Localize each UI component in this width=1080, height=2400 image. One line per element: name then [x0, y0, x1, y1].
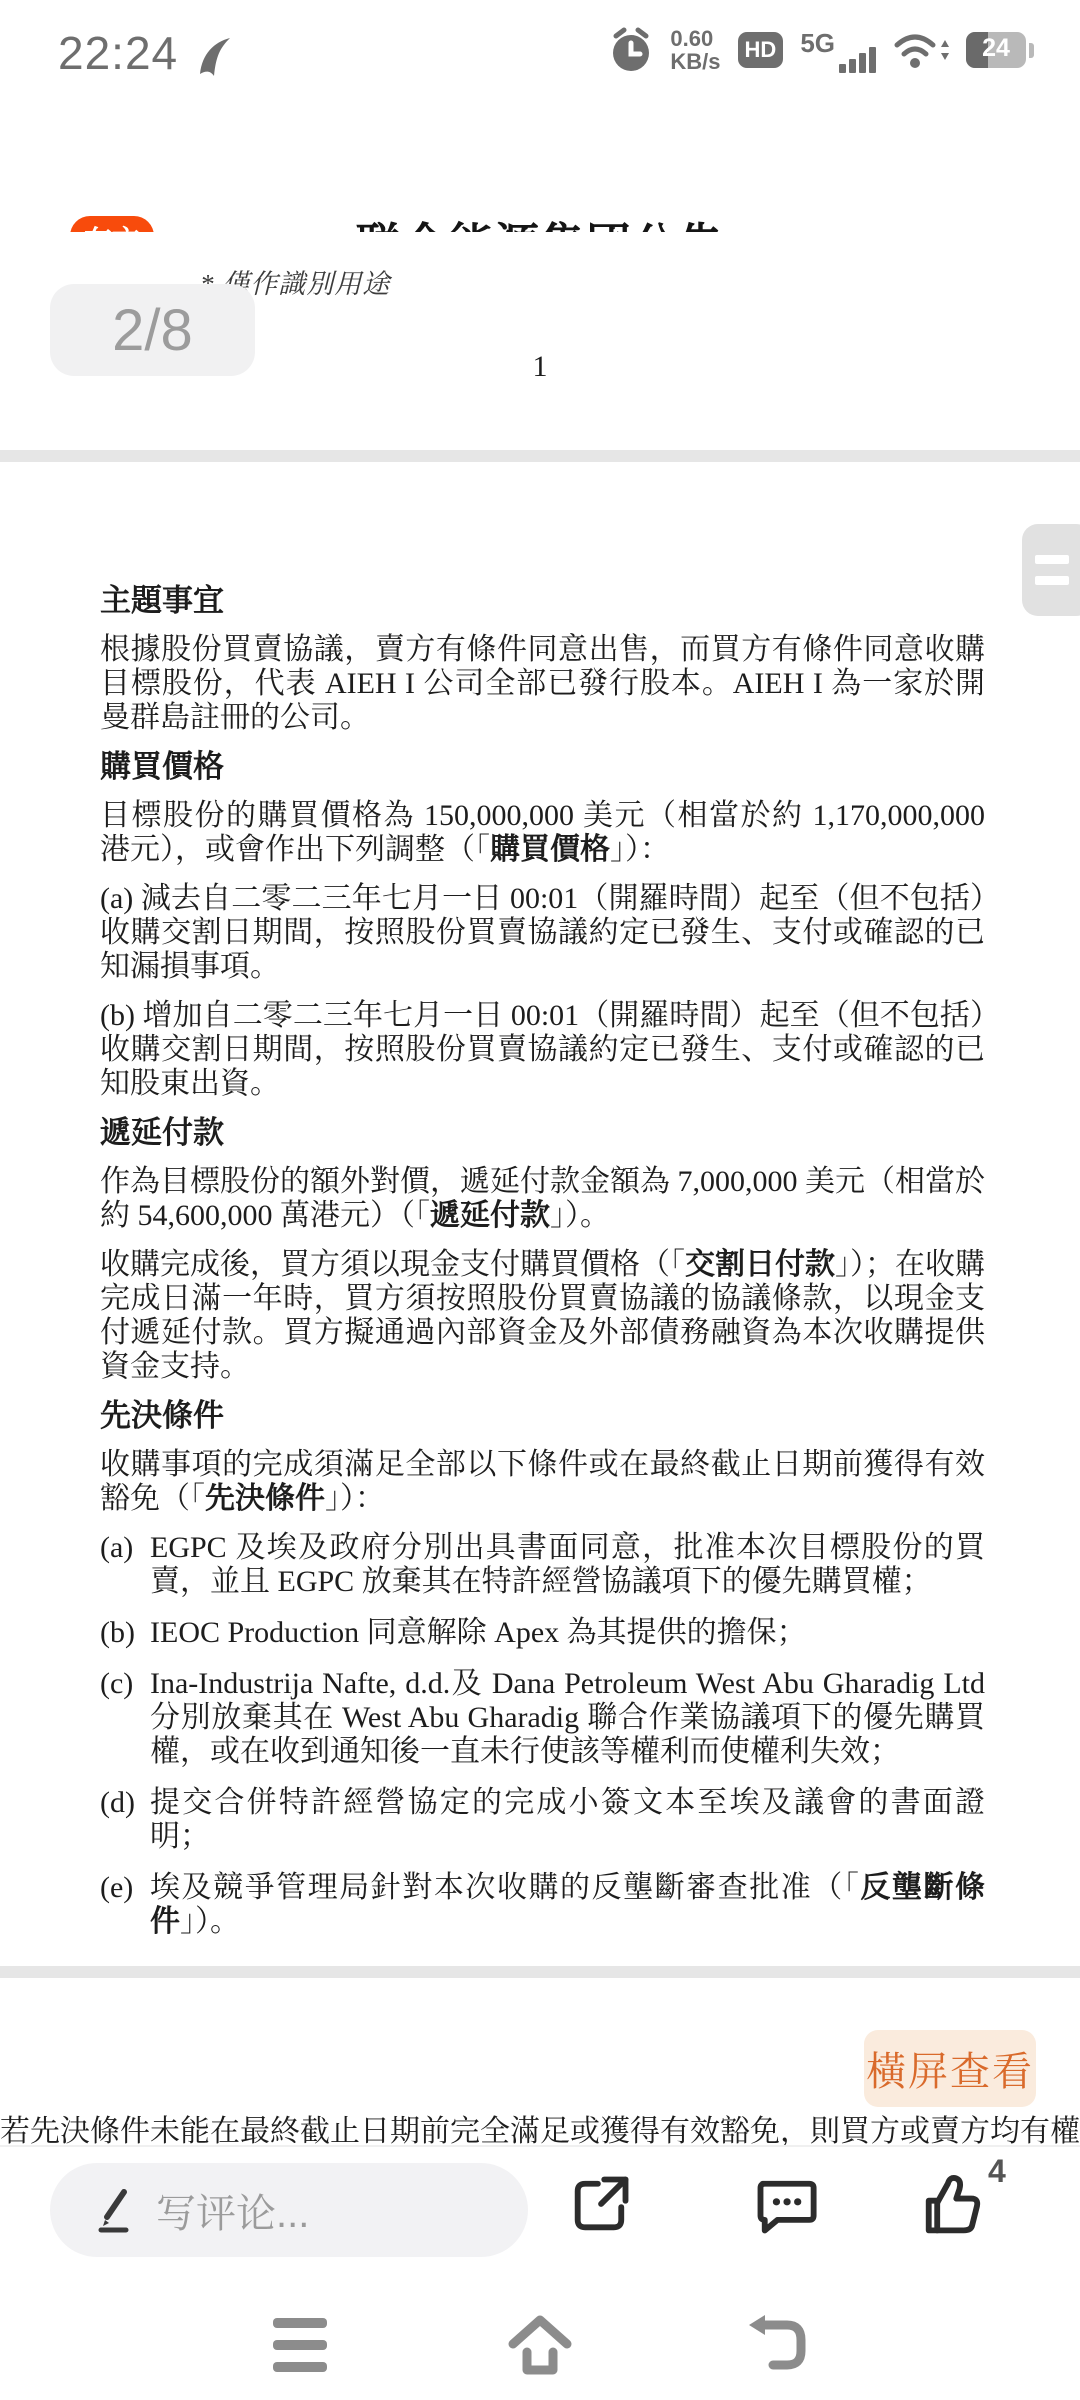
doc-block-para: 目標股份的購買價格為 150,000,000 美元（相當於約 1,170,000… [100, 799, 985, 867]
battery-icon: 24 [966, 32, 1026, 68]
android-nav-bar [0, 2290, 1080, 2400]
pdf-viewer[interactable]: * 僅作識別用途 2/8 1 主題事宜根據股份買賣協議，賣方有條件同意出售，而買… [0, 232, 1080, 2145]
doc-block-para: 作為目標股份的額外對價，遞延付款金額為 7,000,000 美元（相當於約 54… [100, 1165, 985, 1233]
doc-block-para: (a) 減去自二零二三年七月一日 00:01（開羅時間）起至（但不包括）收購交割… [100, 882, 985, 984]
doc-block-heading: 先決條件 [100, 1399, 985, 1433]
pdf-page-2: 主題事宜根據股份買賣協議，賣方有條件同意出售，而買方有條件同意收購目標股份，代表… [0, 462, 1080, 1966]
page-separator [0, 1966, 1080, 1978]
doc-block-heading: 遞延付款 [100, 1116, 985, 1150]
app-header: 东方 财富 联合能源集团公告 0.360 -1.37% [0, 100, 1080, 234]
clock-time: 22:24 [58, 26, 178, 80]
doc-block-li: (c)Ina-Industrija Nafte, d.d.及 Dana Petr… [100, 1667, 985, 1769]
comment-input[interactable]: 写评论... [50, 2163, 528, 2257]
menu-icon[interactable] [260, 2308, 340, 2382]
home-icon[interactable] [500, 2308, 580, 2382]
doc-block-li: (e)埃及競爭管理局針對本次收購的反壟斷審查批准（「反壟斷條件」）。 [100, 1871, 985, 1939]
bottom-action-bar: 写评论... 4 [0, 2145, 1080, 2292]
status-icons: 0.60 KB/s HD 5G 24 [609, 0, 1034, 100]
doc-block-li: (d)提交合併特許經營協定的完成小簽文本至埃及議會的書面證明； [100, 1786, 985, 1854]
doc-block-para: 收購完成後，買方須以現金支付購買價格（「交割日付款」）；在收購完成日滿一年時，買… [100, 1248, 985, 1384]
notification-swoosh-icon [196, 36, 236, 80]
comment-bubble-icon[interactable] [752, 2171, 820, 2239]
doc-block-para: (b) 增加自二零二三年七月一日 00:01（開羅時間）起至（但不包括）收購交割… [100, 999, 985, 1101]
doc-block-para: 收購事項的完成須滿足全部以下條件或在最終截止日期前獲得有效豁免（「先決條件」）： [100, 1448, 985, 1516]
doc-block-para: 根據股份買賣協議，賣方有條件同意出售，而買方有條件同意收購目標股份，代表 AIE… [100, 633, 985, 735]
comment-placeholder: 写评论... [156, 2182, 309, 2239]
thumbs-up-icon[interactable] [916, 2171, 986, 2241]
pdf-page-3: 橫屏查看 若先決條件未能在最終截止日期前完全滿足或獲得有效豁免，則買方或賣方均有… [0, 1978, 1080, 2145]
wifi-icon [893, 29, 949, 71]
network-speed: 0.60 KB/s [670, 27, 720, 73]
page3-partial-text: 若先決條件未能在最終截止日期前完全滿足或獲得有效豁免，則買方或賣方均有權終 [0, 2106, 1080, 2145]
screen: 22:24 0.60 KB/s HD 5G 24 [0, 0, 1080, 2400]
pencil-icon [92, 2187, 138, 2233]
doc-block-li: (b)IEOC Production 同意解除 Apex 為其提供的擔保； [100, 1616, 985, 1650]
doc-block-heading: 主題事宜 [100, 584, 985, 618]
page-separator [0, 450, 1080, 462]
hd-badge: HD [738, 32, 784, 68]
battery-nub [1029, 43, 1034, 58]
scroll-indicator[interactable] [1022, 524, 1080, 616]
status-bar: 22:24 0.60 KB/s HD 5G 24 [0, 0, 1080, 100]
back-icon[interactable] [738, 2308, 818, 2382]
like-count: 4 [988, 2153, 1006, 2190]
doc-block-heading: 購買價格 [100, 750, 985, 784]
document-blocks: 主題事宜根據股份買賣協議，賣方有條件同意出售，而買方有條件同意收購目標股份，代表… [100, 584, 985, 1939]
landscape-view-button[interactable]: 橫屏查看 [864, 2030, 1036, 2107]
doc-block-li: (a)EGPC 及埃及政府分別出具書面同意，批准本次目標股份的買賣，並且 EGP… [100, 1531, 985, 1599]
alarm-clock-icon [609, 27, 653, 73]
page1-number: 1 [0, 350, 1080, 384]
signal-bars-icon: 5G [800, 28, 876, 73]
share-icon[interactable] [566, 2171, 634, 2239]
